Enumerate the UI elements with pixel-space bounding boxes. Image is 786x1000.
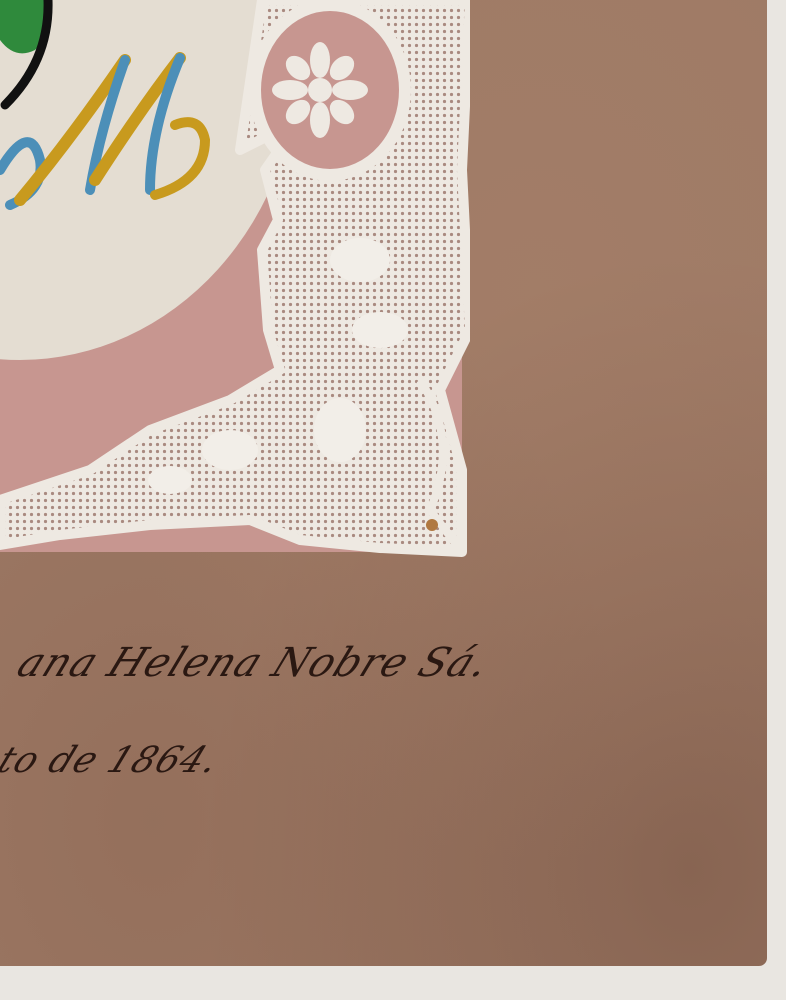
embroidered-monogram-m bbox=[0, 40, 230, 220]
inscription-date: to de 1864. bbox=[0, 740, 226, 781]
inscription-name: ana Helena Nobre Sá. bbox=[11, 640, 497, 686]
